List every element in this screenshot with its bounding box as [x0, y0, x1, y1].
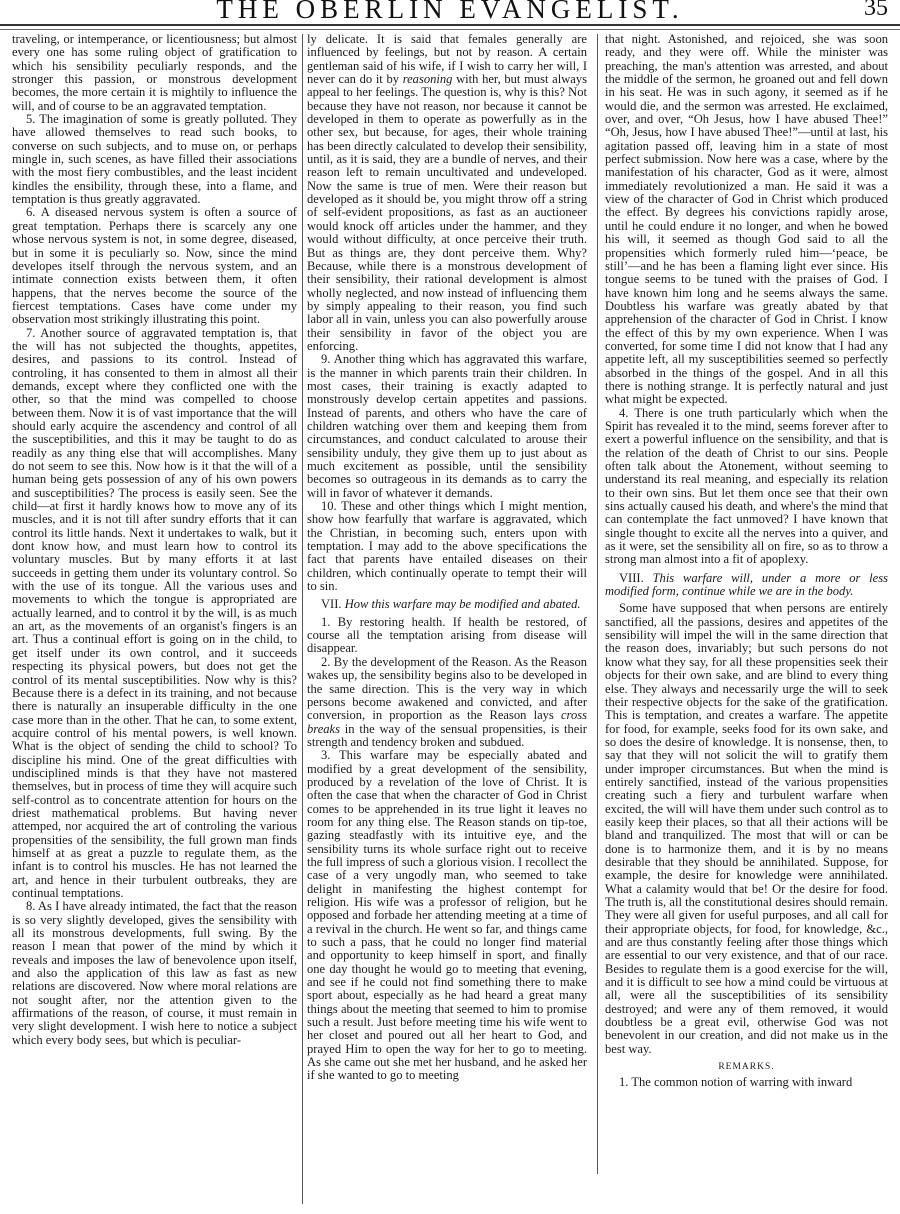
article-paragraph: 1. By restoring health. If health be res… [307, 616, 587, 656]
italic-text: How this warfare may be modified and aba… [345, 597, 581, 611]
column-divider [302, 34, 303, 1204]
header-rule-thick [0, 24, 900, 26]
article-paragraph: ly delicate. It is said that females gen… [307, 33, 587, 353]
article-paragraph: 7. Another source of aggravated temptati… [12, 327, 297, 901]
article-paragraph: 5. The imagination of some is greatly po… [12, 113, 297, 206]
text-run: VIII. [619, 571, 653, 585]
text-run: 10. These and other things which I might… [307, 499, 587, 593]
text-run: with her, but must always appeal to her … [307, 72, 587, 353]
page-number: 35 [864, 0, 888, 22]
article-paragraph: 4. There is one truth particularly which… [605, 407, 888, 567]
section-heading: VIII. This warfare will, under a more or… [605, 572, 888, 599]
article-paragraph: that night. Astonished, and rejoiced, sh… [605, 33, 888, 407]
remarks-heading: REMARKS. [605, 1061, 888, 1074]
text-run: 3. This warfare may be especially abated… [307, 748, 587, 1082]
article-paragraph: 9. Another thing which has aggravated th… [307, 353, 587, 500]
italic-text: reasoning [403, 72, 453, 86]
article-paragraph: 3. This warfare may be especially abated… [307, 749, 587, 1083]
article-paragraph: 2. By the development of the Reason. As … [307, 656, 587, 749]
text-run: 9. Another thing which has aggravated th… [307, 352, 587, 499]
text-run: that night. Astonished, and rejoiced, sh… [605, 32, 888, 406]
column-3: that night. Astonished, and rejoiced, sh… [605, 33, 888, 1090]
newspaper-title: THE OBERLIN EVANGELIST. [0, 0, 900, 25]
section-heading: VII. How this warfare may be modified an… [307, 598, 587, 611]
column-2: ly delicate. It is said that females gen… [307, 33, 587, 1083]
text-run: 2. By the development of the Reason. As … [307, 655, 587, 722]
column-divider [597, 34, 598, 1174]
text-run: Some have supposed that when persons are… [605, 601, 888, 1055]
remarks-first-paragraph: 1. The common notion of warring with inw… [605, 1076, 888, 1089]
article-paragraph: 10. These and other things which I might… [307, 500, 587, 593]
column-1: traveling, or intemperance, or licentiou… [12, 33, 297, 1047]
article-paragraph: 6. A diseased nervous system is often a … [12, 206, 297, 326]
text-run: VII. [321, 597, 345, 611]
article-paragraph: 8. As I have already intimated, the fact… [12, 900, 297, 1047]
masthead: THE OBERLIN EVANGELIST. 35 [0, 0, 900, 22]
text-run: 4. There is one truth particularly which… [605, 406, 888, 567]
article-paragraph: Some have supposed that when persons are… [605, 602, 888, 1056]
article-paragraph: traveling, or intemperance, or licentiou… [12, 33, 297, 113]
text-run: 1. By restoring health. If health be res… [307, 615, 587, 656]
text-run: in the way of the sensual propensities, … [307, 722, 587, 749]
header-rule-thin [0, 29, 900, 30]
